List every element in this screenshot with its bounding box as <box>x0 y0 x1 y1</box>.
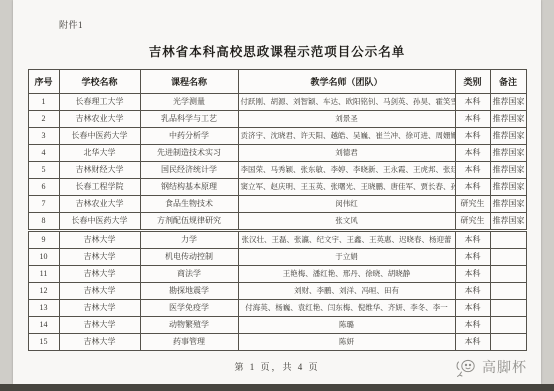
cell-school: 北华大学 <box>59 145 140 162</box>
table-row: 4北华大学先进制造技术实习刘德君本科推荐国家 <box>28 145 526 162</box>
cell-school: 吉林大学 <box>59 266 140 283</box>
table-row: 13吉林大学医学免疫学付海英、杨巍、袁红艳、闫东梅、倪维华、齐妍、李冬、李一本科 <box>28 300 526 317</box>
cell-course: 国民经济统计学 <box>140 162 238 179</box>
cell-school: 长春工程学院 <box>59 179 140 196</box>
cell-note <box>490 334 526 351</box>
cell-category: 研究生 <box>455 213 490 231</box>
cell-school: 吉林农业大学 <box>59 111 140 128</box>
cell-team: 闵伟红 <box>238 196 455 213</box>
cell-team: 张汉壮、王磊、张瀛、纪文宇、王鑫、王英惠、迟晓春、杨迎蕾 <box>238 231 455 249</box>
cell-note: 推荐国家 <box>490 111 526 128</box>
cell-school: 吉林大学 <box>59 231 140 249</box>
cell-no: 12 <box>28 283 59 300</box>
cell-category: 本科 <box>455 162 490 179</box>
table-row: 6长春工程学院钢结构基本原理窦立军、赵庆明、王玉英、张曙光、王晓鹏、唐佳军、贾长… <box>28 179 526 196</box>
cell-category: 本科 <box>455 283 490 300</box>
table-row: 3长春中医药大学中药分析学贡济宇、沈晓君、许天阳、越皓、吴巍、崔兰冲、徐可进、周… <box>28 128 526 145</box>
cell-category: 本科 <box>455 145 490 162</box>
cell-course: 中药分析学 <box>140 128 238 145</box>
cell-course: 光学测量 <box>140 94 238 111</box>
cell-course: 力学 <box>140 231 238 249</box>
cell-course: 医学免疫学 <box>140 300 238 317</box>
cell-team: 张文风 <box>238 213 455 231</box>
cell-note: 推荐国家 <box>490 196 526 213</box>
cell-note <box>490 231 526 249</box>
table-row: 8长春中医药大学方剂配伍规律研究张文风研究生推荐国家 <box>28 213 526 231</box>
cell-course: 动物繁殖学 <box>140 317 238 334</box>
cell-no: 11 <box>28 266 59 283</box>
cell-no: 2 <box>28 111 59 128</box>
document-page: 附件1 吉林省本科高校思政课程示范项目公示名单 序号学校名称课程名称教学名师（团… <box>13 0 541 384</box>
cell-team: 刘德君 <box>238 145 455 162</box>
cell-course: 钢结构基本原理 <box>140 179 238 196</box>
cell-team: 贡济宇、沈晓君、许天阳、越皓、吴巍、崔兰冲、徐可进、周姗姗 <box>238 128 455 145</box>
cell-note <box>490 283 526 300</box>
table-row: 14吉林大学动物繁殖学陈璐本科 <box>28 317 526 334</box>
cell-no: 4 <box>28 145 59 162</box>
cell-category: 本科 <box>455 111 490 128</box>
cell-note <box>490 266 526 283</box>
cell-note: 推荐国家 <box>490 145 526 162</box>
cell-category: 本科 <box>455 94 490 111</box>
column-header: 学校名称 <box>59 70 140 94</box>
cell-school: 吉林大学 <box>59 249 140 266</box>
table-row: 11吉林大学商法学王艳梅、潘红艳、邢丹、徐晓、胡晓静本科 <box>28 266 526 283</box>
table-row: 10吉林大学机电传动控制于立娟本科 <box>28 249 526 266</box>
cell-category: 本科 <box>455 128 490 145</box>
cell-school: 吉林农业大学 <box>59 196 140 213</box>
cell-course: 机电传动控制 <box>140 249 238 266</box>
cell-school: 吉林大学 <box>59 317 140 334</box>
wine-glass-doodle-icon <box>455 356 479 378</box>
cell-course: 方剂配伍规律研究 <box>140 213 238 231</box>
cell-team: 陈妍 <box>238 334 455 351</box>
cell-school: 吉林财经大学 <box>59 162 140 179</box>
watermark-text: 高脚杯 <box>482 357 527 377</box>
cell-school: 吉林大学 <box>59 334 140 351</box>
cell-team: 陈璐 <box>238 317 455 334</box>
table-row: 1长春理工大学光学测量付跃刚、胡源、刘智颖、车达、欧阳铭钊、马剑英、孙昊、霍笑雪… <box>28 94 526 111</box>
cell-school: 吉林大学 <box>59 283 140 300</box>
cell-category: 本科 <box>455 179 490 196</box>
cell-school: 长春理工大学 <box>59 94 140 111</box>
cell-team: 付跃刚、胡源、刘智颖、车达、欧阳铭钊、马剑英、孙昊、霍笑雪 <box>238 94 455 111</box>
cell-category: 本科 <box>455 249 490 266</box>
cell-note <box>490 249 526 266</box>
cell-team: 李国荣、马秀颖、张东敏、李婷、李晓新、王永霞、王虎邦、张廷廷 <box>238 162 455 179</box>
page-title: 吉林省本科高校思政课程示范项目公示名单 <box>13 42 541 60</box>
bottom-edge <box>0 384 554 391</box>
table-row: 5吉林财经大学国民经济统计学李国荣、马秀颖、张东敏、李婷、李晓新、王永霞、王虎邦… <box>28 162 526 179</box>
cell-no: 13 <box>28 300 59 317</box>
project-table: 序号学校名称课程名称教学名师（团队）类别备注 1长春理工大学光学测量付跃刚、胡源… <box>28 69 527 351</box>
column-header: 备注 <box>490 70 526 94</box>
cell-no: 5 <box>28 162 59 179</box>
cell-course: 先进制造技术实习 <box>140 145 238 162</box>
cell-note: 推荐国家 <box>490 213 526 231</box>
cell-team: 刘财、李鹏、刘洋、冯晅、田有 <box>238 283 455 300</box>
cell-school: 吉林大学 <box>59 300 140 317</box>
cell-note: 推荐国家 <box>490 128 526 145</box>
cell-note <box>490 300 526 317</box>
cell-category: 本科 <box>455 300 490 317</box>
cell-category: 研究生 <box>455 196 490 213</box>
cell-no: 7 <box>28 196 59 213</box>
cell-category: 本科 <box>455 334 490 351</box>
table-row: 7吉林农业大学食品生物技术闵伟红研究生推荐国家 <box>28 196 526 213</box>
cell-no: 1 <box>28 94 59 111</box>
cell-course: 商法学 <box>140 266 238 283</box>
table-row: 2吉林农业大学乳品科学与工艺刘景圣本科推荐国家 <box>28 111 526 128</box>
cell-team: 于立娟 <box>238 249 455 266</box>
table-row: 9吉林大学力学张汉壮、王磊、张瀛、纪文宇、王鑫、王英惠、迟晓春、杨迎蕾本科 <box>28 231 526 249</box>
cell-team: 窦立军、赵庆明、王玉英、张曙光、王晓鹏、唐佳军、贾长春、孙晓东 <box>238 179 455 196</box>
cell-school: 长春中医药大学 <box>59 213 140 231</box>
cell-note <box>490 317 526 334</box>
cell-category: 本科 <box>455 266 490 283</box>
table-header-row: 序号学校名称课程名称教学名师（团队）类别备注 <box>28 70 526 94</box>
cell-no: 6 <box>28 179 59 196</box>
cell-no: 8 <box>28 213 59 231</box>
cell-note: 推荐国家 <box>490 179 526 196</box>
column-header: 类别 <box>455 70 490 94</box>
cell-no: 10 <box>28 249 59 266</box>
cell-school: 长春中医药大学 <box>59 128 140 145</box>
cell-course: 食品生物技术 <box>140 196 238 213</box>
column-header: 课程名称 <box>140 70 238 94</box>
watermark: 高脚杯 <box>455 356 527 378</box>
cell-no: 14 <box>28 317 59 334</box>
cell-no: 3 <box>28 128 59 145</box>
cell-team: 付海英、杨巍、袁红艳、闫东梅、倪维华、齐妍、李冬、李一 <box>238 300 455 317</box>
cell-team: 王艳梅、潘红艳、邢丹、徐晓、胡晓静 <box>238 266 455 283</box>
cell-category: 本科 <box>455 317 490 334</box>
attachment-label: 附件1 <box>59 18 541 31</box>
cell-category: 本科 <box>455 231 490 249</box>
cell-team: 刘景圣 <box>238 111 455 128</box>
cell-note: 推荐国家 <box>490 94 526 111</box>
column-header: 序号 <box>28 70 59 94</box>
cell-no: 15 <box>28 334 59 351</box>
table-row: 15吉林大学药事管理陈妍本科 <box>28 334 526 351</box>
cell-course: 勘探地震学 <box>140 283 238 300</box>
cell-course: 药事管理 <box>140 334 238 351</box>
cell-course: 乳品科学与工艺 <box>140 111 238 128</box>
cell-note: 推荐国家 <box>490 162 526 179</box>
column-header: 教学名师（团队） <box>238 70 455 94</box>
table-row: 12吉林大学勘探地震学刘财、李鹏、刘洋、冯晅、田有本科 <box>28 283 526 300</box>
cell-no: 9 <box>28 231 59 249</box>
